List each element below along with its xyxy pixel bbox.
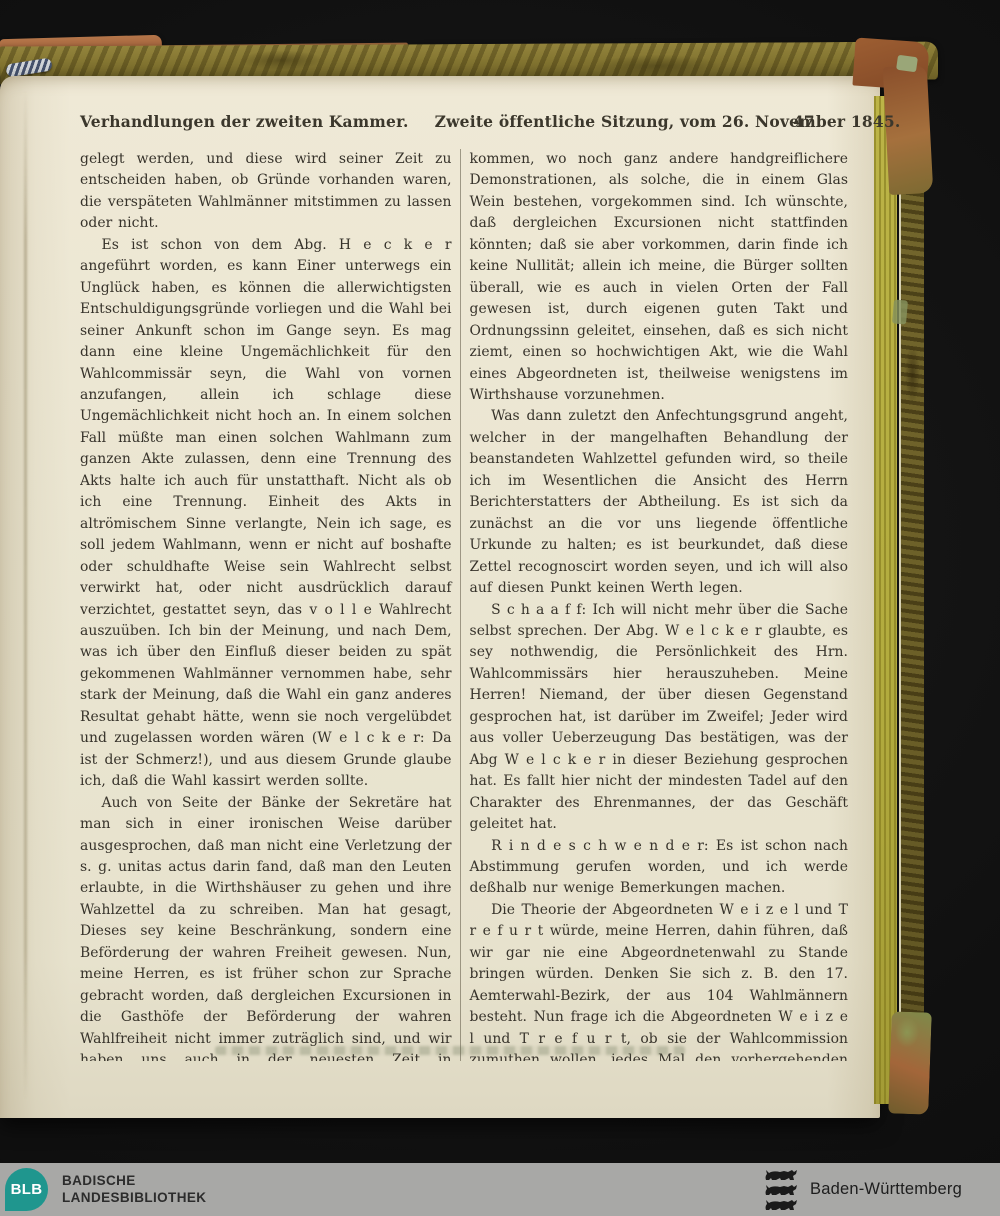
bleedthrough-line — [215, 1046, 685, 1055]
page-number: 47 — [793, 112, 815, 131]
paragraph: S c h a a f f: Ich will nicht mehr über … — [470, 600, 848, 836]
paragraph: Die Theorie der Abgeordneten W e i z e l… — [470, 900, 848, 1061]
page-text-block: gelegt werden, und diese wird seiner Zei… — [80, 149, 848, 1061]
left-column: gelegt werden, und diese wird seiner Zei… — [80, 149, 460, 1061]
paragraph: R i n d e s c h w e n d e r: Es ist scho… — [470, 836, 848, 900]
book-corner-damage — [896, 55, 918, 73]
paragraph: Es ist schon von dem Abg. H e c k e r an… — [80, 235, 452, 793]
library-footer-bar: BLB BADISCHE LANDESBIBLIOTHEK Baden-Würt… — [0, 1163, 1000, 1216]
library-name-line2: LANDESBIBLIOTHEK — [62, 1190, 206, 1207]
scan-photo: Verhandlungen der zweiten Kammer.Zweite … — [0, 0, 1000, 1216]
book-edge-wear — [892, 299, 908, 324]
right-column: kommen, wo noch ganz andere handgreiflic… — [460, 149, 848, 1061]
page-running-header: Verhandlungen der zweiten Kammer.Zweite … — [80, 112, 806, 131]
baden-wuerttemberg-lions-icon — [763, 1169, 799, 1211]
header-title-left: Verhandlungen der zweiten Kammer. — [80, 112, 409, 131]
paragraph: gelegt werden, und diese wird seiner Zei… — [80, 149, 452, 235]
state-name: Baden-Württemberg — [810, 1180, 962, 1199]
paragraph: Auch von Seite der Bänke der Sekretäre h… — [80, 793, 452, 1061]
header-title-right: Zweite öffentliche Sitzung, vom 26. Nove… — [435, 112, 901, 131]
blb-logo-text: BLB — [11, 1181, 43, 1198]
library-name-line1: BADISCHE — [62, 1173, 206, 1190]
paragraph: kommen, wo noch ganz andere handgreiflic… — [470, 149, 848, 406]
book-fore-edge — [874, 96, 897, 1104]
paragraph: Was dann zuletzt den Anfechtungsgrund an… — [470, 406, 848, 599]
book-cover-edge — [899, 58, 924, 1112]
book-corner-damage — [888, 1011, 932, 1114]
page-gutter-crease — [24, 90, 27, 1100]
state-branding: Baden-Württemberg — [763, 1163, 962, 1216]
library-name: BADISCHE LANDESBIBLIOTHEK — [62, 1173, 206, 1206]
blb-logo-badge: BLB — [5, 1168, 48, 1211]
